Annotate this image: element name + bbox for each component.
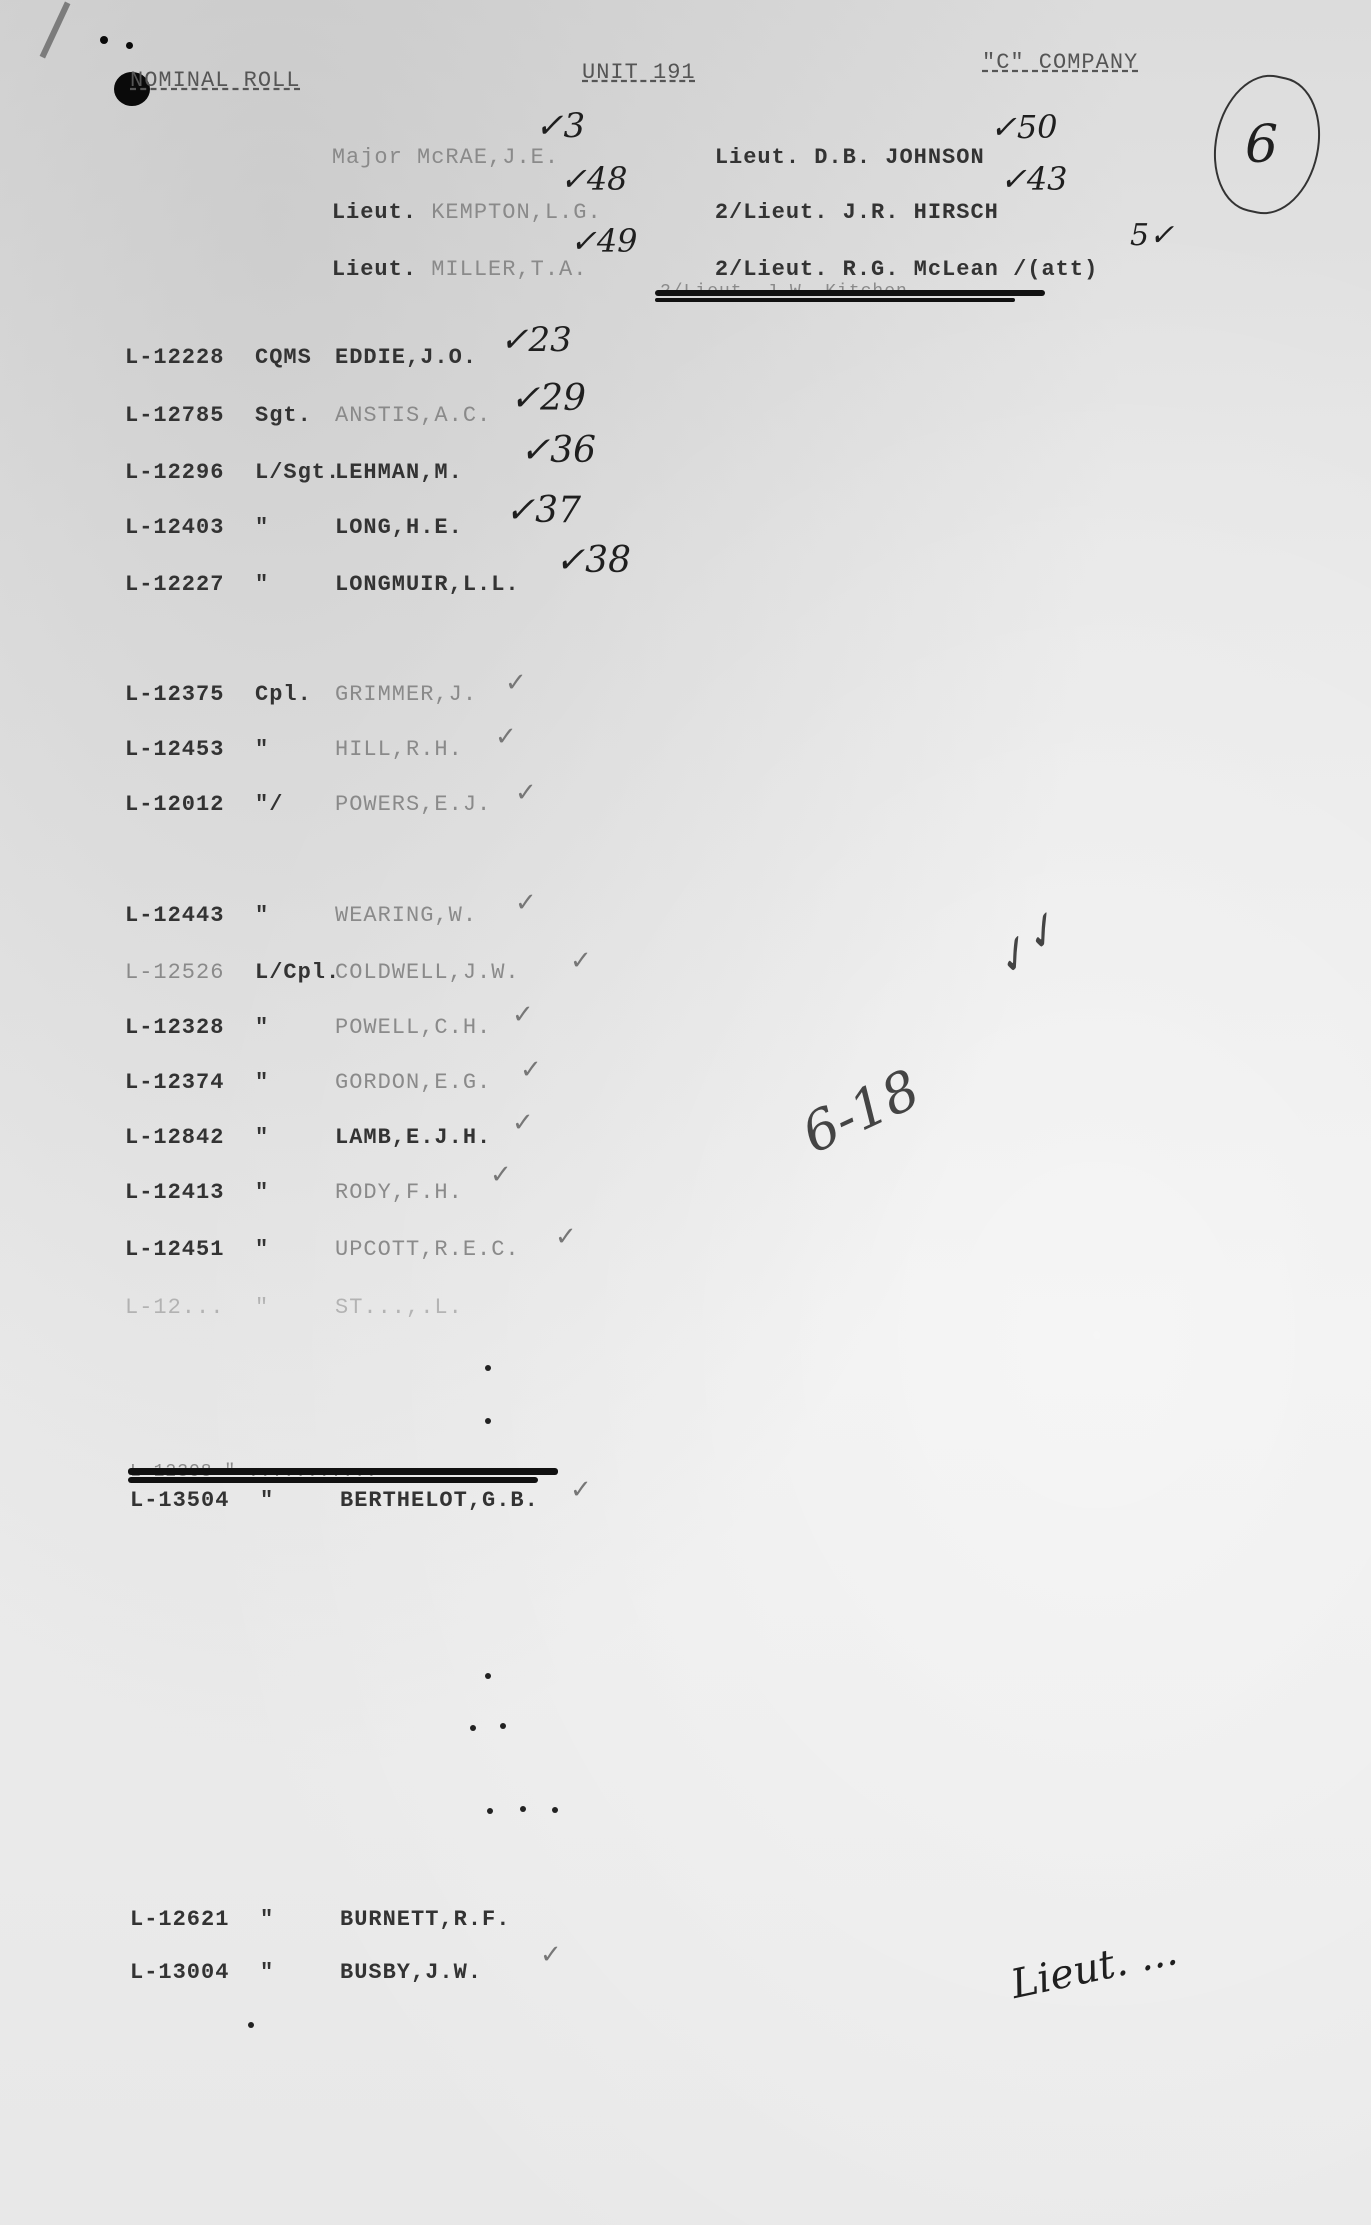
check-mark: ✓: [515, 778, 537, 808]
roll-row: L-12785Sgt.ANSTIS,A.C.: [125, 403, 491, 428]
check-mark: ✓: [515, 888, 537, 918]
range-annotation-checks: ✓✓: [982, 902, 1071, 988]
ink-speck: [470, 1725, 476, 1731]
check-mark: ✓: [555, 1222, 577, 1252]
strikethrough-line: [128, 1477, 538, 1483]
check-mark: ✓: [570, 1475, 592, 1505]
roll-row: L-12012"/POWERS,E.J.: [125, 792, 491, 817]
officer-mark: ✓48: [560, 160, 628, 198]
officer-mark: ✓3: [535, 106, 585, 146]
ink-speck: [552, 1807, 558, 1813]
ink-speck: [520, 1806, 526, 1812]
roll-row: L-12451"UPCOTT,R.E.C.: [125, 1237, 520, 1262]
roll-row: L-13504"BERTHELOT,G.B.: [130, 1488, 539, 1513]
row-mark: ✓23: [500, 320, 572, 360]
roll-row: L-12328"POWELL,C.H.: [125, 1015, 491, 1040]
roll-row: L-12453"HILL,R.H.: [125, 737, 463, 762]
page-number: 6: [1245, 115, 1278, 175]
ink-speck: [248, 2022, 254, 2028]
strikethrough-line: [128, 1468, 558, 1475]
officer-mark: ✓49: [570, 222, 638, 260]
ink-speck: [100, 36, 108, 44]
strikethrough-line: [655, 298, 1015, 302]
strikethrough-line: [655, 290, 1045, 296]
range-annotation: 6-18: [792, 1057, 929, 1165]
roll-row: L-12227"LONGMUIR,L.L.: [125, 572, 520, 597]
ink-speck: [487, 1808, 493, 1814]
check-mark: ✓: [505, 668, 527, 698]
roll-row-illegible: L-12..."ST...,.L.: [125, 1295, 463, 1320]
roll-row: L-12443"WEARING,W.: [125, 903, 477, 928]
unit-label: UNIT 191: [582, 60, 696, 85]
document-title: NOMINAL ROLL: [130, 68, 300, 93]
ink-speck: [485, 1673, 491, 1679]
ink-speck: [485, 1418, 491, 1424]
check-mark: ✓: [512, 1108, 534, 1138]
roll-row: L-12375Cpl.GRIMMER,J.: [125, 682, 477, 707]
ink-speck: [126, 42, 133, 49]
roll-row: L-12374"GORDON,E.G.: [125, 1070, 491, 1095]
officer-mark: ✓43: [1000, 160, 1068, 198]
officer-mark: ✓50: [990, 108, 1058, 146]
roll-row: L-12621"BURNETT,R.F.: [130, 1907, 510, 1932]
check-mark: ✓: [490, 1160, 512, 1190]
officer-row: Lieut. MILLER,T.A.: [275, 232, 587, 307]
roll-row: L-12526L/Cpl.COLDWELL,J.W.: [125, 960, 520, 985]
roll-row: L-12842"LAMB,E.J.H.: [125, 1125, 491, 1150]
officer-mark: 5✓: [1130, 218, 1174, 253]
company-label: "C" COMPANY: [982, 50, 1138, 75]
roll-row: L-12228CQMSEDDIE,J.O.: [125, 345, 477, 370]
check-mark: ✓: [520, 1055, 542, 1085]
signature: Lieut. ...: [1007, 1928, 1181, 2008]
row-mark: ✓29: [510, 378, 586, 419]
roll-row: L-12296L/Sgt.LEHMAN,M.: [125, 460, 463, 485]
corner-pencil-stroke: [40, 2, 71, 59]
check-mark: ✓: [570, 946, 592, 976]
roll-row: L-13004"BUSBY,J.W.: [130, 1960, 482, 1985]
row-mark: ✓36: [520, 430, 596, 471]
roll-row: L-12403"LONG,H.E.: [125, 515, 463, 540]
ink-speck: [485, 1365, 491, 1371]
ink-speck: [500, 1723, 506, 1729]
check-mark: ✓: [495, 722, 517, 752]
row-mark: ✓38: [555, 540, 631, 581]
roll-row: L-12413"RODY,F.H.: [125, 1180, 463, 1205]
row-mark: ✓37: [505, 490, 581, 531]
check-mark: ✓: [512, 1000, 534, 1030]
check-mark: ✓: [540, 1940, 562, 1970]
